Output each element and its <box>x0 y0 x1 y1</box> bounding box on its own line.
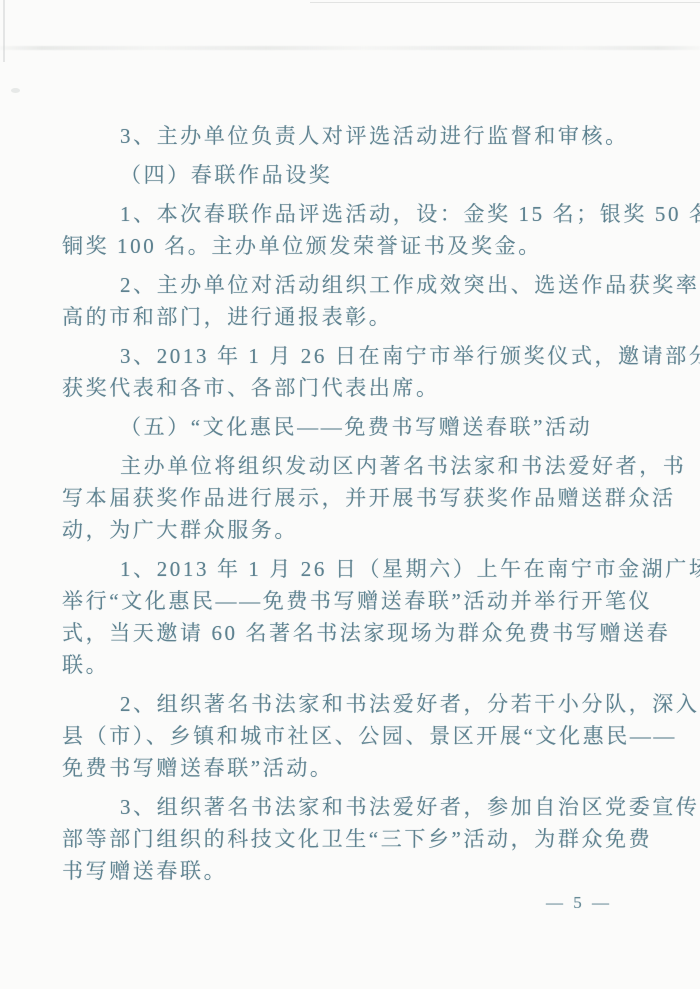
page-number: — 5 — <box>546 892 612 914</box>
text-line: 免费书写赠送春联”活动。 <box>62 752 638 784</box>
text-line: 县（市）、乡镇和城市社区、公园、景区开展“文化惠民—— <box>62 720 638 752</box>
paragraph: 1、本次春联作品评选活动，设：金奖 15 名；银奖 50 名； 铜奖 100 名… <box>62 198 638 262</box>
text-line: 书写赠送春联。 <box>62 855 638 887</box>
text-line: 式，当天邀请 60 名著名书法家现场为群众免费书写赠送春 <box>62 617 638 649</box>
scan-artifact-top-edge <box>310 2 700 3</box>
text-line: 动，为广大群众服务。 <box>62 514 638 546</box>
paragraph: 3、2013 年 1 月 26 日在南宁市举行颁奖仪式，邀请部分 获奖代表和各市… <box>62 340 638 404</box>
document-page: 3、主办单位负责人对评选活动进行监督和审核。 （四）春联作品设奖 1、本次春联作… <box>0 0 700 989</box>
text-line: 3、2013 年 1 月 26 日在南宁市举行颁奖仪式，邀请部分 <box>62 340 638 372</box>
text-line: 1、2013 年 1 月 26 日（星期六）上午在南宁市金湖广场 <box>62 553 638 585</box>
paragraph-heading: （五）“文化惠民——免费书写赠送春联”活动 <box>62 411 638 443</box>
text-line: 3、组织著名书法家和书法爱好者，参加自治区党委宣传 <box>62 791 638 823</box>
text-line: 1、本次春联作品评选活动，设：金奖 15 名；银奖 50 名； <box>62 198 638 230</box>
text-line: 2、主办单位对活动组织工作成效突出、选送作品获奖率 <box>62 269 638 301</box>
paragraph: 3、主办单位负责人对评选活动进行监督和审核。 <box>62 120 638 152</box>
paragraph: 3、组织著名书法家和书法爱好者，参加自治区党委宣传 部等部门组织的科技文化卫生“… <box>62 791 638 887</box>
text-line: （四）春联作品设奖 <box>62 159 638 191</box>
text-line: 举行“文化惠民——免费书写赠送春联”活动并举行开笔仪 <box>62 585 638 617</box>
paragraph: 主办单位将组织发动区内著名书法家和书法爱好者，书 写本届获奖作品进行展示，并开展… <box>62 450 638 546</box>
paragraph: 2、组织著名书法家和书法爱好者，分若干小分队，深入 县（市）、乡镇和城市社区、公… <box>62 688 638 784</box>
text-line: 3、主办单位负责人对评选活动进行监督和审核。 <box>62 120 638 152</box>
scan-artifact-smudge <box>11 88 20 93</box>
document-body: 3、主办单位负责人对评选活动进行监督和审核。 （四）春联作品设奖 1、本次春联作… <box>62 120 638 894</box>
text-line: 铜奖 100 名。主办单位颁发荣誉证书及奖金。 <box>62 230 638 262</box>
text-line: （五）“文化惠民——免费书写赠送春联”活动 <box>62 411 638 443</box>
scan-artifact-left-edge <box>3 0 5 62</box>
text-line: 联。 <box>62 649 638 681</box>
paragraph: 2、主办单位对活动组织工作成效突出、选送作品获奖率 高的市和部门，进行通报表彰。 <box>62 269 638 333</box>
text-line: 2、组织著名书法家和书法爱好者，分若干小分队，深入 <box>62 688 638 720</box>
text-line: 高的市和部门，进行通报表彰。 <box>62 301 638 333</box>
paragraph: 1、2013 年 1 月 26 日（星期六）上午在南宁市金湖广场 举行“文化惠民… <box>62 553 638 681</box>
paragraph-heading: （四）春联作品设奖 <box>62 159 638 191</box>
text-line: 获奖代表和各市、各部门代表出席。 <box>62 372 638 404</box>
text-line: 写本届获奖作品进行展示，并开展书写获奖作品赠送群众活 <box>62 482 638 514</box>
scan-artifact-band <box>0 46 700 50</box>
text-line: 部等部门组织的科技文化卫生“三下乡”活动，为群众免费 <box>62 823 638 855</box>
text-line: 主办单位将组织发动区内著名书法家和书法爱好者，书 <box>62 450 638 482</box>
